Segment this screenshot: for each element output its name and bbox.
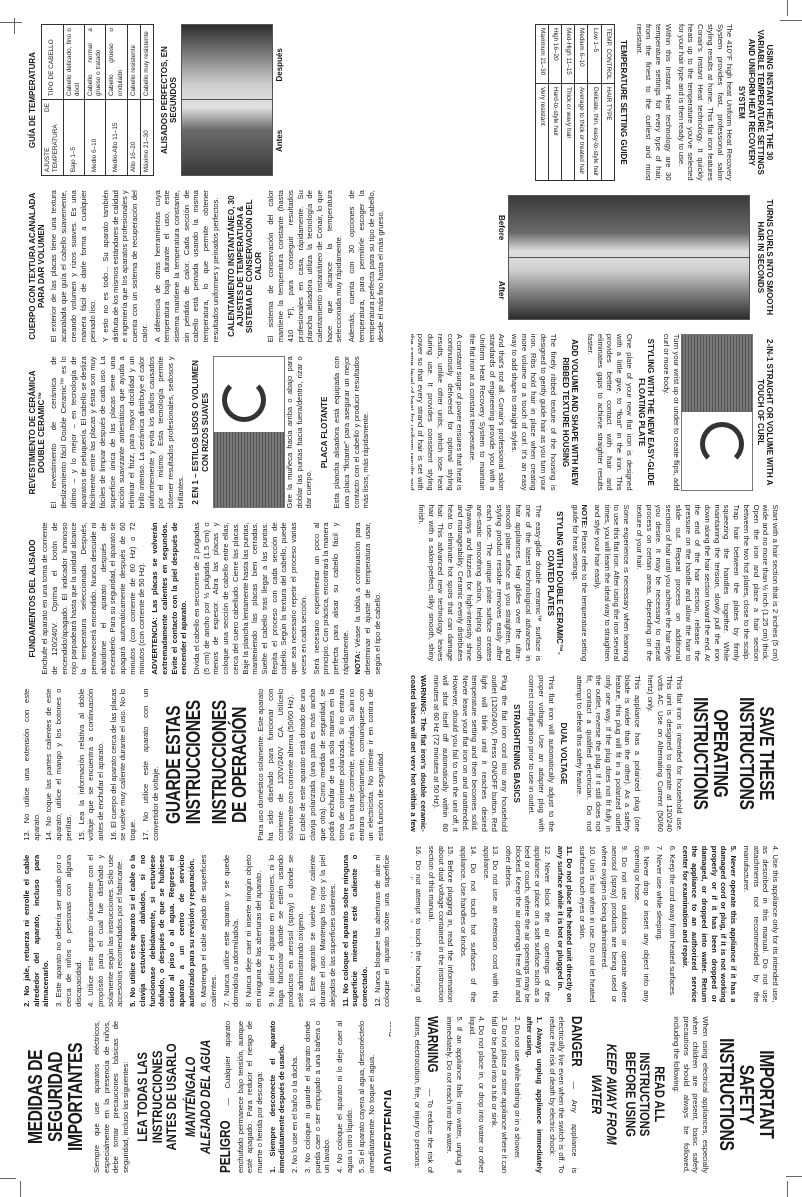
en-ribbed-text2: And that's not all. Conair's professiona… xyxy=(467,334,506,491)
es-temp-guide-table: AJUSTE DE TEMPERATURATIPO DE CABELLO Baj… xyxy=(41,24,154,176)
es-instant-text: El sistema de conservación del calor man… xyxy=(266,190,344,342)
es-read-all: LEA TODAS LAS INSTRUCCIONES ANTES DE USA… xyxy=(135,1036,179,1158)
table-row: Medium 6–10Average to thick or treated h… xyxy=(575,25,588,181)
crop-mark xyxy=(786,1176,802,1177)
list-item: 11. Do not place the heated unit directl… xyxy=(556,846,575,1003)
list-item: 16. El cuerpo del aparato cerca de las p… xyxy=(109,689,138,841)
en-basics-text: Plug the flat iron cord into any househo… xyxy=(431,675,509,832)
list-item: 4. Utilice este aparato únicamente con e… xyxy=(86,855,125,1007)
es-danger-label: PELIGRO xyxy=(216,1120,235,1173)
es-col-5: REVESTIMIENTO DE CERÁMICA DOUBLE CERAMIC… xyxy=(22,356,391,508)
en-col-5: 4. Use this appliance only for its inten… xyxy=(411,846,780,1003)
table-row: Medio-Alto 11–15Cabello grueso u ondulad… xyxy=(106,25,127,176)
en-col-photo: TURNS CURLS INTO SMOOTH HAIR IN SECONDS … xyxy=(411,195,780,320)
crop-mark xyxy=(780,20,802,21)
table-row: Bajo 1–5Cabello delicado, fino o dócil xyxy=(63,25,84,176)
table-row: Maximum 21–30Very resistant xyxy=(535,25,548,181)
en-col-3: Start with a hair section that is 2 inch… xyxy=(411,505,780,662)
en-temp-guide-title: TEMPERATURE SETTING GUIDE xyxy=(619,24,628,181)
table-row: Medio 6–10Cabello normal a grueso o trat… xyxy=(84,25,105,176)
crop-mark xyxy=(787,0,788,16)
crop-mark xyxy=(20,1181,21,1197)
en-ribbed-text: The finely ribbed texture of the housing… xyxy=(509,334,558,491)
en-operating-p1: This flat iron is intended for household… xyxy=(645,675,684,832)
list-item: 2. No lo use en el baño o la ducha. xyxy=(290,1021,300,1173)
en-instant-text: The 410°F high heat Uniform Heat Recover… xyxy=(676,24,734,181)
crop-mark xyxy=(0,22,22,23)
en-col-2: 2-IN-1 STRAIGHT OR VOLUME WITH A TOUCH O… xyxy=(411,334,780,491)
en-col-1: USING INSTANT HEAT, THE 30 VARIABLE TEMP… xyxy=(411,24,780,181)
es-col-6: CUERPO CON TEXTURA ACANALADA PARA DAR VO… xyxy=(22,190,391,342)
list-item: 12. Nunca bloquee las aberturas de aire … xyxy=(373,855,391,1007)
en-ceramic-text: The easy-glide double ceramic™ surface i… xyxy=(416,505,542,662)
es-ribbed-text2: Y esto no es todo... Su aparato también … xyxy=(101,190,150,342)
list-item: 4. Do not place in, or drop into water o… xyxy=(467,1016,486,1173)
en-note-label: NOTE: xyxy=(580,505,589,529)
before-after-photo xyxy=(181,24,273,176)
table-row: High 16–20Hard-to-style hair xyxy=(548,25,561,181)
list-item: 1. Siempre desconecte el aparato inmedia… xyxy=(268,1021,287,1173)
list-item: 5. If an appliance falls into water, unp… xyxy=(445,1016,464,1173)
list-item: 11. No coloque el aparato sobre ninguna … xyxy=(341,855,369,1007)
es-basics-warning: ADVERTENCIA: Las placas se volverán extr… xyxy=(150,522,188,674)
es-instant-title: CALENTAMIENTO INSTANTÁNEO, 30 AJUSTES DE… xyxy=(227,190,264,342)
en-basics-title: STRAIGHTENING BASICS xyxy=(512,675,521,832)
en-safety-intro: When using electrical appliances, especi… xyxy=(671,1016,710,1173)
hair-curl-photo xyxy=(213,356,285,508)
en-col-6: IMPORTANT SAFETY INSTRUCTIONS When using… xyxy=(411,1016,780,1173)
es-ribbed-text: El exterior de las placas tiene una text… xyxy=(49,190,98,342)
en-twoin1-title: 2-IN-1 STRAIGHT OR VOLUME WITH A TOUCH O… xyxy=(756,334,774,491)
es-twoin1-title: 2 EN 1 – ESTILOS LISOS O VOLUMEN CON RIZ… xyxy=(191,356,209,508)
en-instant-title: USING INSTANT HEAT, THE 30 VARIABLE TEMP… xyxy=(737,24,774,181)
table-row: Med-High 11–15Thick or wavy hair xyxy=(562,25,575,181)
en-turns-curls-title: TURNS CURLS INTO SMOOTH HAIR IN SECONDS xyxy=(756,195,774,320)
es-keep-away: MANTÉNGALO ALEJADO DEL AGUA xyxy=(183,1036,212,1158)
table-row: Máximo 21–30Cabello muy resistente xyxy=(140,25,153,176)
list-item: 8. Nunca deje caer ni inserte ningún obj… xyxy=(244,855,263,1007)
en-temp-guide-table: TEMP. CONTROLHAIR TYPE Low 1–5Delicate, … xyxy=(535,24,615,181)
en-operating-title: OPERATING INSTRUCTIONS xyxy=(690,692,730,814)
es-col-1: MEDIDAS DE SEGURIDAD IMPORTANTES Siempre… xyxy=(22,1021,391,1173)
es-experience-text: Será necesario experimentar un poco al p… xyxy=(312,522,351,674)
list-item: 4. No coloque el aparato ni lo deje caer… xyxy=(335,1021,354,1173)
en-dual-voltage-title: DUAL VOLTAGE xyxy=(559,675,568,832)
list-item: 9. No utilice el aparato en exteriores, … xyxy=(267,855,306,1007)
crop-mark xyxy=(0,1178,16,1179)
es-ribbed-text3: A diferencia de otras herramientas cuya … xyxy=(153,190,221,342)
es-ceramic-text: El revestimiento de cerámica de deslizam… xyxy=(49,356,185,508)
hair-curl-photo xyxy=(681,334,753,491)
list-item: 14. Do not touch hot surfaces of the app… xyxy=(458,846,477,1003)
before-label: Antes xyxy=(275,130,285,152)
es-col-3: 13. No utilice una extensión con este ap… xyxy=(22,689,391,841)
es-basics-text: Enchufe el aparato en una toma de corrie… xyxy=(40,522,147,674)
en-experience-text: Some experience is necessary when learni… xyxy=(592,505,631,662)
list-item: 5. Si el aparato cayera al agua, desconé… xyxy=(357,1021,376,1173)
en-start-text: Start with a hair section that is 2 inch… xyxy=(634,505,780,662)
table-row: Alto 16–20Cabello resistente xyxy=(127,25,140,176)
list-item: 9. Do not use outdoors or operate where … xyxy=(600,846,629,1003)
es-col-2: 2. No jale, retuerza ni enrolle el cable… xyxy=(22,855,391,1007)
list-item: 4. Use this appliance only for its inten… xyxy=(741,846,780,1003)
list-item: 6. Mantenga el cable alejado de superfic… xyxy=(199,855,218,1007)
en-warning-label: WARNING xyxy=(422,1016,441,1073)
list-item: 5. No utilice este aparato si el cable o… xyxy=(128,855,195,1007)
list-item: 10. Unit is hot when in use. Do not let … xyxy=(577,846,596,1003)
before-label: Before xyxy=(495,215,505,240)
en-operating-p2: This appliance has a polarized plug (one… xyxy=(574,675,642,832)
english-panel: USING INSTANT HEAT, THE 30 VARIABLE TEMP… xyxy=(401,0,802,1197)
en-dual-voltage-text: This flat iron will automatically adjust… xyxy=(527,675,556,832)
list-item: 15. Lea la información relativa al doble… xyxy=(77,689,106,841)
table-header: TIPO DE CABELLO xyxy=(42,25,63,100)
es-ceramic-title: REVESTIMIENTO DE CERÁMICA DOUBLE CERAMIC… xyxy=(28,356,46,508)
en-ribbed-title: ADD VOLUME AND SHAPE WITH NEW RIBBED TEX… xyxy=(561,334,579,491)
list-item: 12. Never block the air openings of the … xyxy=(503,846,552,1003)
list-item: 13. No utilice una extensión con este ap… xyxy=(22,689,41,841)
english-page: USING INSTANT HEAT, THE 30 VARIABLE TEMP… xyxy=(401,0,802,1197)
en-basics-warning: WARNING: The flat iron's double ceramic-… xyxy=(411,675,428,832)
crop-mark xyxy=(787,1181,788,1197)
spanish-panel: MEDIDAS DE SEGURIDAD IMPORTANTES Siempre… xyxy=(0,0,401,1197)
es-ribbed-title: CUERPO CON TEXTURA ACANALADA PARA DAR VO… xyxy=(28,190,46,342)
list-item: 8. Never drop or insert any object into … xyxy=(632,846,651,1003)
es-operating-title: INSTRUCCIONES DE OPERACIÓN xyxy=(210,705,250,824)
list-item: 7. Nunca utilice este aparato y se quede… xyxy=(222,855,241,1007)
en-col-4: SAVE THESE INSTRUCTIONS OPERATING INSTRU… xyxy=(411,675,780,832)
es-turns-curls-title: ALISADOS PERFECTOS, EN SEGUNDOS xyxy=(160,24,178,176)
table-header: HAIR TYPE xyxy=(601,84,614,181)
after-label: Después xyxy=(275,48,285,81)
en-read-all: READ ALL INSTRUCTIONS BEFORE USING xyxy=(623,1032,667,1157)
es-safety-title: MEDIDAS DE SEGURIDAD IMPORTANTES xyxy=(26,1038,86,1157)
en-keep-away: KEEP AWAY FROM WATER xyxy=(590,1032,619,1157)
es-temp-guide-title: GUÍA DE TEMPERATURA xyxy=(28,24,37,176)
es-basics-title: FUNDAMENTOS DEL ALISADO xyxy=(28,522,37,674)
list-item: 10. Este aparato se vuelve muy caliente … xyxy=(308,855,337,1007)
es-note-label: NOTA: xyxy=(353,651,362,674)
list-item: 16. Do not attempt to touch the housing … xyxy=(411,846,423,1003)
es-save-title: GUARDE ESTAS INSTRUCCIONES xyxy=(164,705,204,824)
en-floating-text: One plate of your new flat iron is desig… xyxy=(585,334,634,491)
list-item: 1. Always unplug appliance immediately a… xyxy=(525,1016,544,1173)
list-item: 14. No toque las partes calientes de est… xyxy=(44,689,73,841)
en-ceramic-title: STYLING WITH DOUBLE CERAMIC™-COATED PLAT… xyxy=(546,505,564,662)
es-floating-text: Esta plancha alisadora está equipada con… xyxy=(332,356,371,508)
en-ribbed-text3: A constant surge of power ensures that h… xyxy=(411,334,464,491)
list-item: 17. No utilice este aparato con un conve… xyxy=(141,689,160,841)
es-twoin1-text: Gire la muñeca hacia arriba o abajo para… xyxy=(285,356,314,508)
crop-mark xyxy=(14,18,15,34)
en-twoin1-text: Turn your wrist up or under to create fl… xyxy=(661,334,680,491)
en-note-text: Please refer to the temperature setting … xyxy=(571,505,590,662)
en-save-title: SAVE THESE INSTRUCTIONS xyxy=(736,692,776,814)
en-instant-text2: Within this Instant Heat technology are … xyxy=(634,24,673,181)
es-operating-p1: Para uso doméstico solamente. Este apara… xyxy=(256,689,295,841)
es-operating-p2: El cable de este aparato está dotado de … xyxy=(298,689,385,841)
spanish-page: MEDIDAS DE SEGURIDAD IMPORTANTES Siempre… xyxy=(0,0,401,1197)
list-item: 6. Keep the cord away from heated surfac… xyxy=(667,846,677,1003)
after-label: After xyxy=(495,281,505,300)
en-floating-title: STYLING WITH THE NEW EASY-GLIDE FLOATING… xyxy=(637,334,655,491)
es-floating-title: PLACA FLOTANTE xyxy=(320,356,329,508)
list-item: 3. No coloque ni guarde el aparato donde… xyxy=(303,1021,332,1173)
es-instant-text2: Además, cuenta con 30 opciones de temper… xyxy=(347,190,386,342)
es-start-text: Divida el cabello en secciones de 2 pulg… xyxy=(192,522,309,674)
table-header: AJUSTE DE TEMPERATURA xyxy=(42,100,63,176)
en-safety-title: IMPORTANT SAFETY INSTRUCTIONS xyxy=(716,1034,776,1156)
es-col-7: GUÍA DE TEMPERATURA AJUSTE DE TEMPERATUR… xyxy=(22,24,391,176)
es-safety-intro: Siempre que use aparatos eléctricos, esp… xyxy=(92,1021,131,1173)
list-item: 15. Before plugging in, read the informa… xyxy=(426,846,455,1003)
table-header: TEMP. CONTROL xyxy=(601,25,614,84)
list-item: 7. Never use while sleeping. xyxy=(654,846,664,1003)
list-item: 3. Este aparato no debería ser usado por… xyxy=(54,855,83,1007)
en-danger-label: DANGER xyxy=(567,1016,586,1067)
list-item: 2. Do not use while bathing or in a show… xyxy=(512,1016,522,1173)
list-item: 5. Never operate this appliance if it ha… xyxy=(681,846,739,1003)
list-item: 2. No jale, retuerza ni enrolle el cable… xyxy=(22,855,50,1007)
list-item: 3. Do not place or store appliance where… xyxy=(489,1016,508,1173)
list-item: 13. Do not use an extension cord with th… xyxy=(481,846,500,1003)
es-col-4: FUNDAMENTOS DEL ALISADO Enchufe el apara… xyxy=(22,522,391,674)
before-after-photo xyxy=(508,195,750,320)
es-warning-label: ADVERTENCIA xyxy=(380,1088,391,1173)
table-row: Low 1–5Delicate, thin, easy-to-style hai… xyxy=(588,25,601,181)
